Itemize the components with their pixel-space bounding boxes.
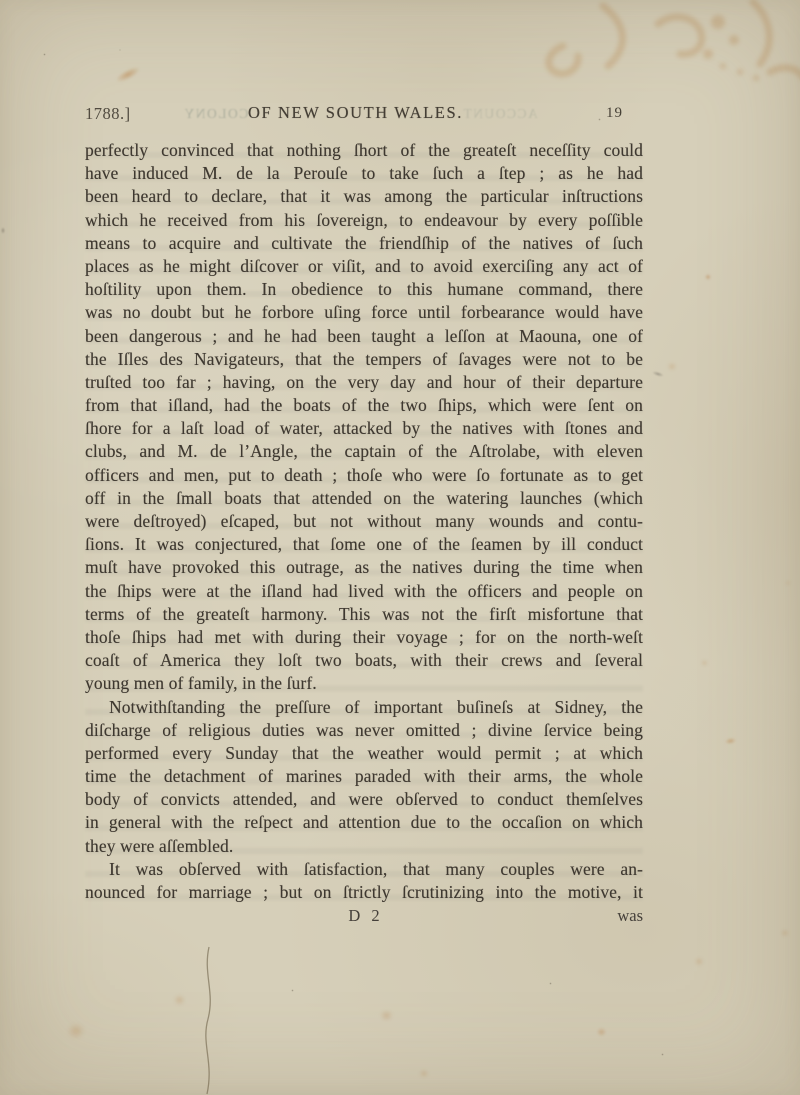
foxing-stain [109,60,147,88]
body-line: terms of the greateſt harmony. This was … [85,603,643,626]
ink-speck [119,49,121,51]
body-line: coaſt of America they loſt two boats, wi… [85,649,643,672]
body-line: hoſtility upon them. In obedience to thi… [85,278,643,301]
signature-row: D 2 was [85,904,643,928]
foxing-stain [704,273,712,281]
ink-speck [43,53,46,56]
foxing-stain [172,993,187,1007]
body-line: officers and men, put to death ; thoſe w… [85,464,643,487]
body-line: which he received from his ſovereign, to… [85,209,643,232]
scanned-book-page: COLONY ACCOUNT 1788.] OF NEW SOUTH WALES… [0,0,800,1095]
ink-speck [0,226,6,235]
running-title: OF NEW SOUTH WALES. [248,103,463,123]
bleed-through-ghost-right: ACCOUNT [462,106,538,122]
ink-speck [291,989,294,992]
body-line: clubs, and M. de l’Angle, the captain of… [85,440,643,463]
body-line: have induced M. de la Perouſe to take ſu… [85,162,643,185]
body-line: diſcharge of religious duties was never … [85,719,643,742]
foxing-stain [666,361,678,372]
body-line: from that iſland, had the boats of the t… [85,394,643,417]
ink-speck [598,118,601,121]
body-line: in general with the reſpect and attentio… [85,811,643,834]
bleed-through-ghost-left: COLONY [183,106,248,122]
body-line: young men of family, in the ſurf. [85,672,643,695]
foxing-stain [418,1068,430,1079]
body-text-block: perfectly convinced that nothing ſhort o… [85,139,643,904]
catchword: was [617,904,643,928]
foxing-stain [64,1020,88,1042]
body-line: thoſe ſhips had met with during their vo… [85,626,643,649]
body-line: time the detachment of marines paraded w… [85,765,643,788]
body-line: the ſhips were at the iſland had lived w… [85,580,643,603]
foxing-stain [785,580,791,586]
body-line: truſted too far ; having, on the very da… [85,371,643,394]
folio-number: 19 [606,105,623,122]
ink-speck [549,982,552,985]
foxing-flourish-stain [508,0,800,129]
body-line: It was obſerved with ſatisfaction, that … [85,858,643,881]
body-line: were deſtroyed) eſcaped, but not without… [85,510,643,533]
body-line: been dangerous ; and he had been taught … [85,325,643,348]
body-line: been heard to declare, that it was among… [85,185,643,208]
foxing-stain [693,956,705,967]
ink-speck [661,1053,664,1056]
body-line: body of convicts attended, and were obſe… [85,788,643,811]
foxing-stain [700,659,709,667]
signature-mark: D 2 [348,904,379,928]
body-line: they were aſſembled. [85,835,643,858]
body-line: the Iſles des Navigateurs, that the temp… [85,348,643,371]
foxing-stain [595,1026,608,1038]
foxing-stain [378,1008,395,1023]
year-marker: 1788.] [85,104,131,124]
body-line: ſions. It was conjectured, that ſome one… [85,533,643,556]
body-line: was no doubt but he forbore uſing force … [85,301,643,324]
body-line: off in the ſmall boats that attended on … [85,487,643,510]
body-line: perfectly convinced that nothing ſhort o… [85,139,643,162]
body-line: Notwithſtanding the preſſure of importan… [85,696,643,719]
body-line: means to acquire and cultivate the frien… [85,232,643,255]
foxing-stain [722,736,738,746]
body-line: performed every Sunday that the weather … [85,742,643,765]
ink-speck [649,369,666,380]
body-line: places as he might diſcover or viſit, an… [85,255,643,278]
body-line: ſhore for a laſt load of water, attacked… [85,417,643,440]
body-line: muſt have provoked this outrage, as the … [85,556,643,579]
body-line: nounced for marriage ; but on ſtrictly ſ… [85,881,643,904]
foxing-stain [780,928,790,938]
paper-crack [195,944,225,1095]
